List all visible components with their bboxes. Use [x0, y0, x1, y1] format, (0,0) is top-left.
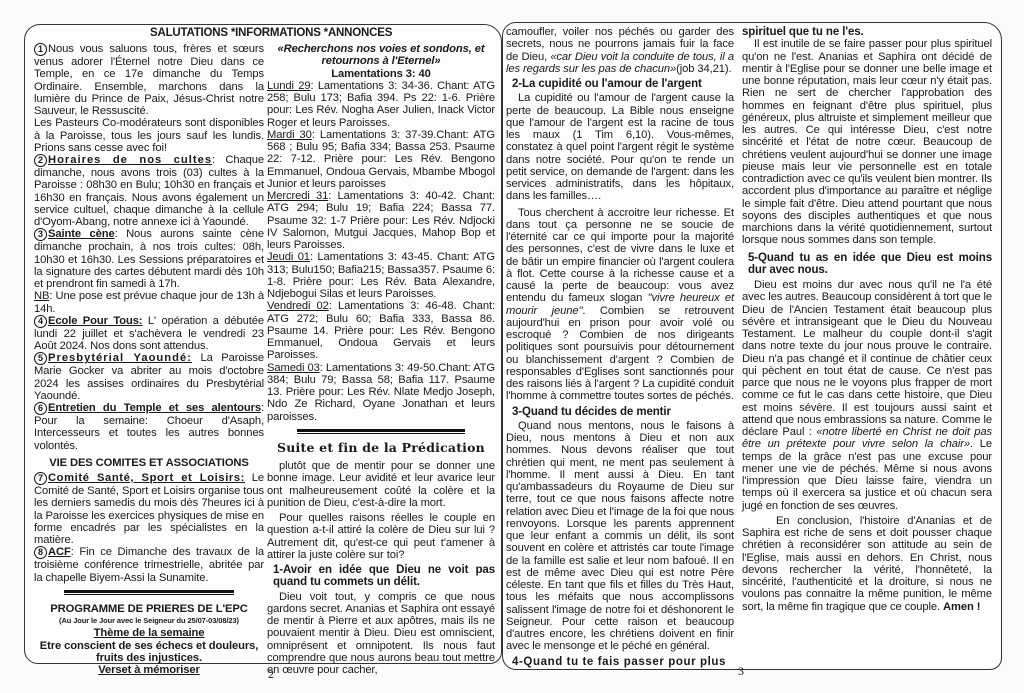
association-8: 8ACF: Fin ce Dimanche des travaux de la …	[34, 546, 264, 584]
sermon-point-5: 5-Quand tu as en idée que Dieu est moins…	[748, 252, 992, 277]
sermon-paragraph: La cupidité ou l'amour de l'argent cause…	[506, 92, 734, 202]
sermon-point-1: 1-Avoir en idée que Dieu ne voit pas qua…	[273, 564, 495, 589]
prayer-program-title: PROGRAMME DE PRIERES DE L'EPC	[34, 603, 264, 615]
sermon-paragraph: Dieu voit tout, y compris ce que nous ga…	[267, 591, 495, 677]
sermon-column-4: spirituel que tu ne l'es. Il est inutile…	[742, 26, 992, 613]
sermon-paragraph: Pour quelles raisons réelles le couple e…	[267, 512, 495, 561]
sermon-title: Suite et fin de la Prédication	[267, 442, 495, 454]
theme-text: Etre conscient de ses échecs et douleurs…	[34, 640, 264, 665]
verse-label: Verset à mémoriser	[34, 664, 264, 676]
theme-label: Thème de la semaine	[34, 627, 264, 639]
prayer-days-column: «Recherchons nos voies et sondons, et re…	[267, 43, 495, 676]
divider	[64, 590, 234, 595]
association-7: 7Comité Santé, Sport et Loisirs: Le Comi…	[34, 472, 264, 546]
announcement-2: 2Horaires de nos cultes: Chaque dimanche…	[34, 154, 264, 228]
sermon-point-4-continued: spirituel que tu ne l'es.	[742, 26, 992, 38]
prayer-day: Mardi 30: Lamentations 3: 37-39.Chant: A…	[267, 129, 495, 190]
page-number-right: 3	[738, 664, 744, 679]
sermon-paragraph: Tous cherchent à accroitre leur richesse…	[506, 207, 734, 403]
verse-reference: Lamentations 3: 40	[267, 68, 495, 80]
page-header-title: SALUTATIONS *INFORMATIONS *ANNONCES	[150, 27, 392, 39]
sermon-paragraph: camoufler, voiler nos péchés ou garder d…	[506, 26, 734, 75]
prayer-day: Samedi 03: Lamentations 3: 49-50.Chant: …	[267, 362, 495, 423]
sermon-point-2: 2-La cupidité ou l'amour de l'argent	[512, 78, 734, 90]
verse-quote: «Recherchons nos voies et sondons, et re…	[267, 43, 495, 68]
sermon-conclusion: En conclusion, l'histoire d'Ananias et d…	[742, 515, 992, 613]
announcements-column: 1Nous vous saluons tous, frères et sœurs…	[34, 43, 264, 676]
prayer-day: Mercredi 31: Lamentations 3: 40-42. Chan…	[267, 190, 495, 251]
prayer-day: Vendredi 02: Lamentations 3: 46-48. Chan…	[267, 300, 495, 361]
associations-heading: VIE DES COMITES ET ASSOCIATIONS	[34, 457, 264, 469]
sermon-paragraph: Quand nous mentons, nous le faisons à Di…	[506, 420, 734, 653]
prayer-program-subtitle: (Au Jour le Jour avec le Seigneur du 25/…	[34, 615, 264, 627]
prayer-day: Jeudi 01: Lamentations 3: 43-45. Chant: …	[267, 251, 495, 300]
announcement-1: 1Nous vous saluons tous, frères et sœurs…	[34, 43, 264, 117]
page-number-left: 2	[268, 667, 274, 682]
sermon-paragraph: Dieu est moins dur avec nous qu'il ne l'…	[742, 279, 992, 512]
sermon-point-3: 3-Quand tu décides de mentir	[512, 406, 734, 418]
prayer-day: Lundi 29: Lamentations 3: 34-36. Chant: …	[267, 80, 495, 129]
number-badge: 1	[34, 43, 47, 56]
sermon-paragraph: Il est inutile de se faire passer pour p…	[742, 38, 992, 246]
announcement-5: 5Presbytérial Yaoundé: La Paroisse Marie…	[34, 352, 264, 402]
sermon-paragraph: plutôt que de mentir pour se donner une …	[267, 460, 495, 509]
announcement-4: 4Ecole Pour Tous: L' opération a débutée…	[34, 315, 264, 353]
announcement-nb: NB: Une pose est prévue chaque jour de 1…	[34, 290, 264, 315]
sermon-column-3: camoufler, voiler nos péchés ou garder d…	[506, 26, 734, 670]
announcement-3: 3Sainte cène: Nous aurons sainte cène di…	[34, 228, 264, 290]
divider	[297, 429, 465, 434]
announcement-6: 6Entretien du Temple et ses alentours: P…	[34, 402, 264, 452]
announcement-pastors: Les Pasteurs Co-modérateurs sont disponi…	[34, 117, 264, 154]
sermon-point-4: 4-Quand tu te fais passer pour plus	[512, 656, 734, 668]
